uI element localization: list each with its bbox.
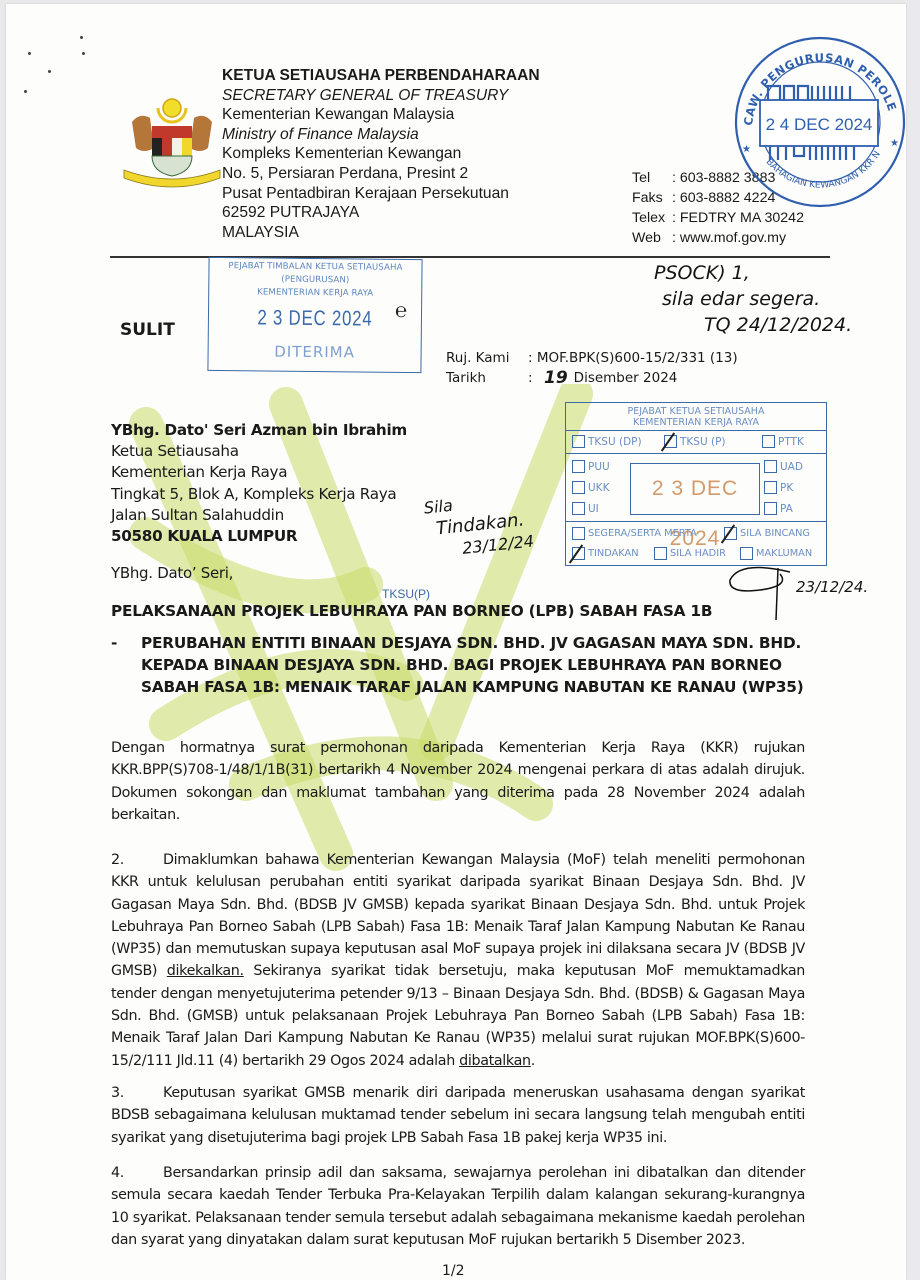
paragraph-number: 2. <box>111 849 163 871</box>
classification-label: SULIT <box>120 320 175 340</box>
letterhead-address-line: MALAYSIA <box>222 223 540 243</box>
contact-label: Tel <box>632 168 672 188</box>
received-stamp-status: DITERIMA <box>209 342 421 362</box>
handwritten-line: TQ 24/12/2024. <box>704 312 852 338</box>
checkbox-label: TKSU (DP) <box>588 436 642 448</box>
checkbox-checked[interactable] <box>724 527 737 540</box>
contact-value: : www.mof.gov.my <box>672 228 786 248</box>
recipient-name: YBhg. Dato' Seri Azman bin Ibrahim <box>111 420 407 441</box>
paragraph-text: . <box>531 1053 535 1069</box>
handwritten-minute: Sila Tindakan. 23/12/24 <box>423 487 535 564</box>
routing-stamp: PEJABAT KETUA SETIAUSAHA KEMENTERIAN KER… <box>565 402 827 566</box>
recipient-line: Jalan Sultan Salahuddin <box>111 505 407 526</box>
checkbox-label: SILA BINCANG <box>740 528 810 539</box>
signature-date: 23/12/24. <box>796 578 868 596</box>
checkbox-label: TINDAKAN <box>588 548 639 559</box>
checkbox-label: UAD <box>780 461 803 473</box>
routing-stamp-header: PEJABAT KETUA SETIAUSAHA KEMENTERIAN KER… <box>566 403 826 431</box>
paragraph-text: Keputusan syarikat GMSB menarik diri dar… <box>111 1085 805 1146</box>
salutation: YBhg. Dato’ Seri, <box>111 564 233 582</box>
contact-label: Faks <box>632 188 672 208</box>
checkbox[interactable] <box>740 547 753 560</box>
checkbox[interactable] <box>764 460 777 473</box>
checkbox-label: UKK <box>588 482 609 494</box>
recipient-line: Ketua Setiausaha <box>111 441 407 462</box>
subject-dash: - <box>111 632 141 699</box>
date-day-handwritten: 19 <box>544 368 568 388</box>
ref-value: : MOF.BPK(S)600-15/2/331 (13) <box>528 348 738 368</box>
date-label: Tarikh <box>446 368 528 388</box>
routing-stamp-date: 2 3 DEC 2024 <box>630 463 760 515</box>
recipient-line: Kementerian Kerja Raya <box>111 462 407 483</box>
routing-header-line: PEJABAT KETUA SETIAUSAHA <box>566 406 826 417</box>
letter-page: KETUA SETIAUSAHA PERBENDAHARAAN SECRETAR… <box>6 4 906 1280</box>
contact-label: Telex <box>632 208 672 228</box>
handwritten-line: sila edar segera. <box>662 286 852 312</box>
recipient-address: YBhg. Dato' Seri Azman bin Ibrahim Ketua… <box>111 420 407 547</box>
procurement-round-stamp: CAW. PENGURUSAN PEROLEHAN DAN HARTA BAHA… <box>730 34 906 210</box>
checkbox-label: PTTK <box>778 436 804 448</box>
subject-subtitle-block: - PERUBAHAN ENTITI BINAAN DESJAYA SDN. B… <box>111 632 811 699</box>
checkbox-label: PK <box>780 482 793 494</box>
date-sep: : <box>528 368 544 388</box>
page-number: 1/2 <box>442 1263 465 1279</box>
underlined-text: dibatalkan <box>459 1053 531 1069</box>
checkbox-checked[interactable] <box>572 547 585 560</box>
checkbox[interactable] <box>572 527 585 540</box>
scrollbar-track[interactable] <box>906 0 920 1280</box>
recipient-city: 50580 KUALA LUMPUR <box>111 526 407 547</box>
received-stamp-initial: ℮ <box>395 298 407 323</box>
received-stamp: PEJABAT TIMBALAN KETUA SETIAUSAHA (PENGU… <box>207 257 422 373</box>
date-value: Disember 2024 <box>574 368 678 388</box>
contact-label: Web <box>632 228 672 248</box>
checkbox[interactable] <box>572 502 585 515</box>
reference-block: Ruj. Kami: MOF.BPK(S)600-15/2/331 (13) T… <box>446 348 738 388</box>
checkbox[interactable] <box>764 502 777 515</box>
tksu-stamp-tag: TKSU(P) <box>382 587 430 601</box>
letterhead-title: KETUA SETIAUSAHA PERBENDAHARAAN <box>222 66 540 86</box>
checkbox-label: SILA HADIR <box>670 548 726 559</box>
letterhead-title-en: SECRETARY GENERAL OF TREASURY <box>222 86 540 106</box>
checkbox-label: PUU <box>588 461 610 473</box>
received-stamp-date: 2 3 DEC 2024 <box>230 306 400 332</box>
coat-of-arms-icon <box>122 92 222 192</box>
letterhead-ministry-en: Ministry of Finance Malaysia <box>222 125 540 145</box>
svg-text:★: ★ <box>890 138 899 149</box>
received-stamp-line: KEMENTERIAN KERJA RAYA <box>209 287 421 299</box>
subject-subtitle: PERUBAHAN ENTITI BINAAN DESJAYA SDN. BHD… <box>141 632 811 699</box>
checkbox-label: SEGERA/SERTA MERTA <box>588 528 697 539</box>
paragraph-2: 2.Dimaklumkan bahawa Kementerian Kewanga… <box>111 849 805 1072</box>
paragraph-4: 4.Bersandarkan prinsip adil dan saksama,… <box>111 1162 805 1251</box>
checkbox-label: UI <box>588 503 599 515</box>
contact-value: : FEDTRY MA 30242 <box>672 208 804 228</box>
checkbox[interactable] <box>654 547 667 560</box>
letterhead-address-line: Pusat Pentadbiran Kerajaan Persekutuan <box>222 184 540 204</box>
checkbox[interactable] <box>572 435 585 448</box>
underlined-text: dikekalkan. <box>167 963 244 979</box>
checkbox[interactable] <box>572 460 585 473</box>
checkbox-label: TKSU (P) <box>680 436 726 448</box>
checkbox[interactable] <box>762 435 775 448</box>
paragraph-number: 3. <box>111 1082 163 1104</box>
letterhead: KETUA SETIAUSAHA PERBENDAHARAAN SECRETAR… <box>222 66 540 242</box>
checkbox[interactable] <box>572 481 585 494</box>
checkbox[interactable] <box>764 481 777 494</box>
checkbox-label: MAKLUMAN <box>756 548 812 559</box>
ref-label: Ruj. Kami <box>446 348 528 368</box>
paragraph-1: Dengan hormatnya surat permohonan daripa… <box>111 737 805 826</box>
svg-text:★: ★ <box>742 144 751 155</box>
paragraph-number: 4. <box>111 1162 163 1184</box>
paragraph-3: 3.Keputusan syarikat GMSB menarik diri d… <box>111 1082 805 1149</box>
handwritten-line: PSOCK) 1, <box>654 260 852 286</box>
paragraph-text: Bersandarkan prinsip adil dan saksama, s… <box>111 1165 805 1248</box>
subject-title: PELAKSANAAN PROJEK LEBUHRAYA PAN BORNEO … <box>111 602 712 620</box>
letterhead-address-line: No. 5, Persiaran Perdana, Presint 2 <box>222 164 540 184</box>
received-stamp-line: (PENGURUSAN) <box>209 274 421 286</box>
letterhead-ministry: Kementerian Kewangan Malaysia <box>222 105 540 125</box>
paragraph-text: Dimaklumkan bahawa Kementerian Kewangan … <box>111 852 805 979</box>
letterhead-address-line: Kompleks Kementerian Kewangan <box>222 144 540 164</box>
received-stamp-line: PEJABAT TIMBALAN KETUA SETIAUSAHA <box>209 261 421 273</box>
letterhead-address-line: 62592 PUTRAJAYA <box>222 203 540 223</box>
checkbox-checked[interactable] <box>664 435 677 448</box>
round-stamp-date: 2 4 DEC 2024 <box>766 115 873 134</box>
routing-header-line: KEMENTERIAN KERJA RAYA <box>566 417 826 428</box>
checkbox-label: PA <box>780 503 793 515</box>
recipient-line: Tingkat 5, Blok A, Kompleks Kerja Raya <box>111 484 407 505</box>
handwritten-note-top: PSOCK) 1, sila edar segera. TQ 24/12/202… <box>654 260 852 338</box>
